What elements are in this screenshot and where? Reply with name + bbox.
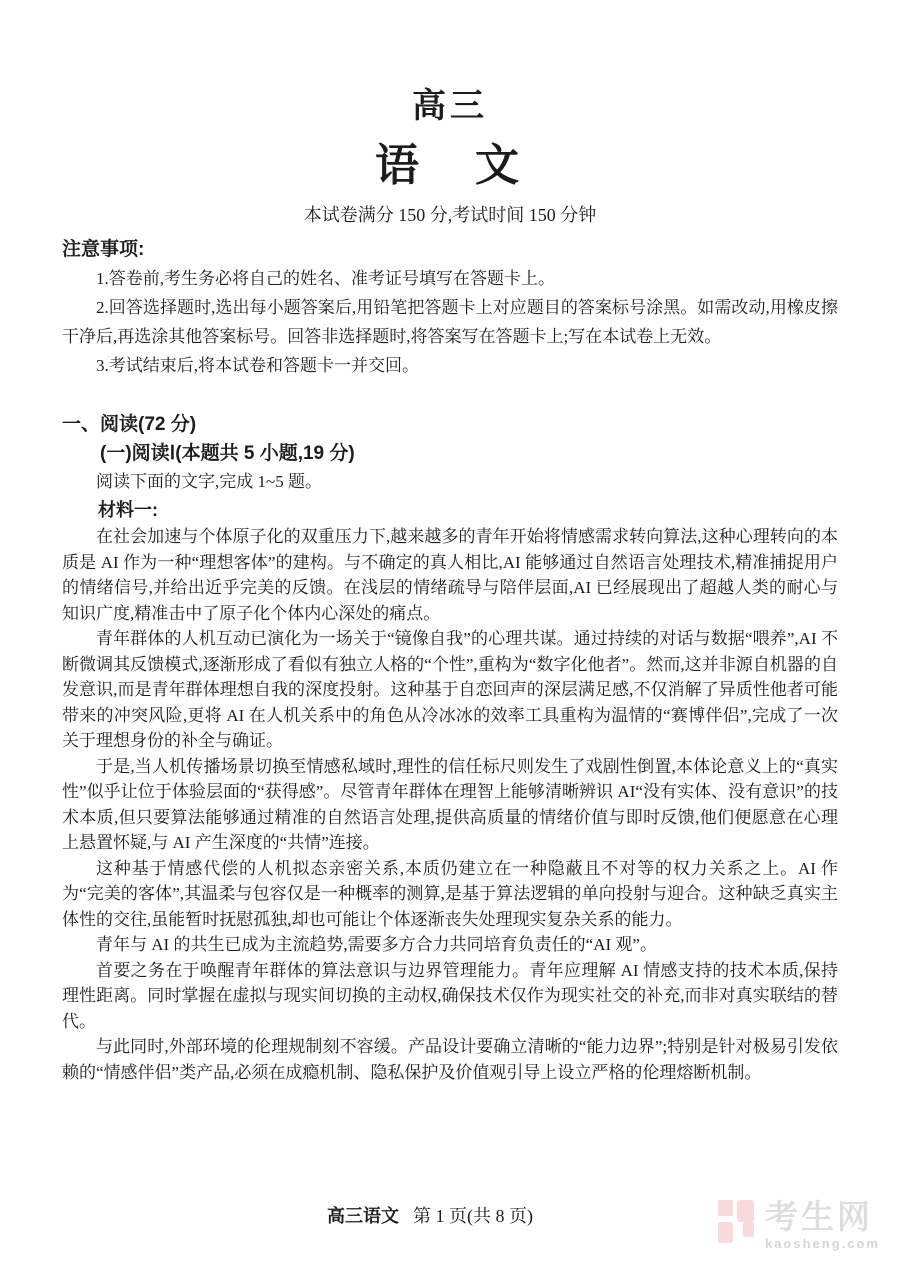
material-paragraph: 在社会加速与个体原子化的双重压力下,越来越多的青年开始将情感需求转向算法,这种心… <box>62 524 838 626</box>
watermark-text: 考生网 kaosheng.com <box>765 1200 880 1251</box>
notice-heading: 注意事项: <box>62 236 838 264</box>
material-paragraph: 这种基于情感代偿的人机拟态亲密关系,本质仍建立在一种隐蔽且不对等的权力关系之上。… <box>62 856 838 933</box>
watermark-site-domain: kaosheng.com <box>765 1236 880 1251</box>
notice-section: 注意事项: 1.答卷前,考生务必将自己的姓名、准考证号填写在答题卡上。 2.回答… <box>62 236 838 380</box>
reading-section: 一、阅读(72 分) (一)阅读Ⅰ(本题共 5 小题,19 分) 阅读下面的文字… <box>62 410 838 1085</box>
footer-page-info: 第 1 页(共 8 页) <box>413 1206 533 1226</box>
footer-doc-label: 高三语文 <box>327 1206 399 1226</box>
material-paragraph: 与此同时,外部环境的伦理规制刻不容缓。产品设计要确立清晰的“能力边界”;特别是针… <box>62 1034 838 1085</box>
exam-subtitle: 本试卷满分 150 分,考试时间 150 分钟 <box>62 202 838 228</box>
watermark-site-name: 考生网 <box>765 1200 880 1234</box>
subject-title: 语 文 <box>62 142 838 190</box>
exam-paper-page: 高三 语 文 本试卷满分 150 分,考试时间 150 分钟 注意事项: 1.答… <box>0 0 900 1273</box>
subsection-title: (一)阅读Ⅰ(本题共 5 小题,19 分) <box>62 439 838 468</box>
reading-instruction: 阅读下面的文字,完成 1~5 题。 <box>62 468 838 496</box>
material-paragraph: 首要之务在于唤醒青年群体的算法意识与边界管理能力。青年应理解 AI 情感支持的技… <box>62 958 838 1035</box>
kaosheng-logo-icon <box>718 1200 755 1244</box>
notice-item-1: 1.答卷前,考生务必将自己的姓名、准考证号填写在答题卡上。 <box>62 264 838 293</box>
kaosheng-watermark: 考生网 kaosheng.com <box>718 1200 880 1251</box>
notice-item-3: 3.考试结束后,将本试卷和答题卡一并交回。 <box>62 351 838 380</box>
section-title: 一、阅读(72 分) <box>62 410 838 439</box>
material-paragraph: 青年与 AI 的共生已成为主流趋势,需要多方合力共同培育负责任的“AI 观”。 <box>62 932 838 958</box>
material-paragraph: 于是,当人机传播场景切换至情感私域时,理性的信任标尺则发生了戏剧性倒置,本体论意… <box>62 754 838 856</box>
notice-item-2: 2.回答选择题时,选出每小题答案后,用铅笔把答题卡上对应题目的答案标号涂黑。如需… <box>62 293 838 351</box>
grade-title: 高三 <box>62 86 838 126</box>
material-paragraph: 青年群体的人机互动已演化为一场关于“镜像自我”的心理共谋。通过持续的对话与数据“… <box>62 626 838 754</box>
material-one-label: 材料一: <box>62 496 838 524</box>
